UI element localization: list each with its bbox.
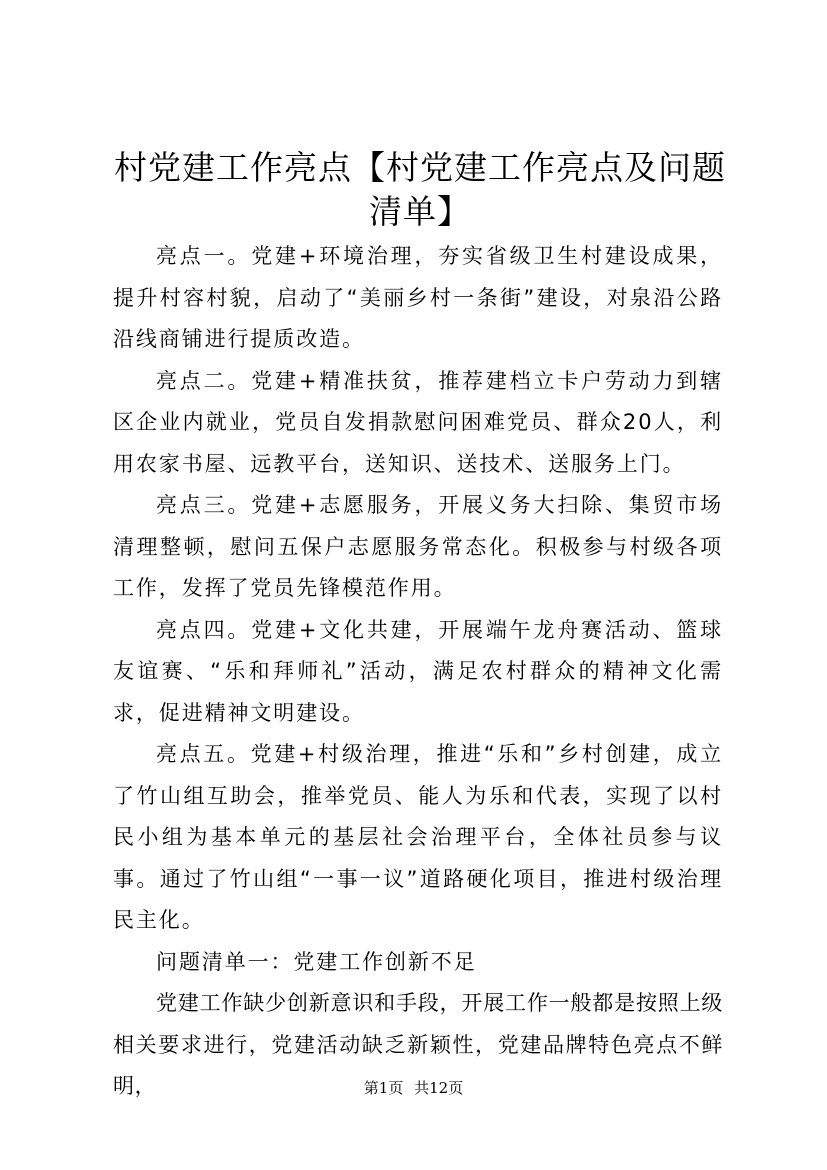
page-footer: 第1页 共12页 <box>0 1078 827 1098</box>
paragraph-highlight-5: 亮点五。党建+村级治理，推进“乐和”乡村创建，成立了竹山组互助会，推举党员、能人… <box>113 734 723 942</box>
document-title: 村党建工作亮点【村党建工作亮点及问题清单】 <box>100 146 740 234</box>
page-number-current: 第1页 <box>364 1079 404 1097</box>
paragraph-highlight-3: 亮点三。党建+志愿服务，开展义务大扫除、集贸市场清理整顿，慰问五保户志愿服务常态… <box>113 485 723 610</box>
document-body: 亮点一。党建+环境治理，夯实省级卫生村建设成果，提升村容村貌，启动了“美丽乡村一… <box>113 236 723 1108</box>
document-page: 村党建工作亮点【村党建工作亮点及问题清单】 亮点一。党建+环境治理，夯实省级卫生… <box>0 0 827 1170</box>
paragraph-highlight-1: 亮点一。党建+环境治理，夯实省级卫生村建设成果，提升村容村貌，启动了“美丽乡村一… <box>113 236 723 361</box>
paragraph-highlight-2: 亮点二。党建+精准扶贫，推荐建档立卡户劳动力到辖区企业内就业，党员自发捐款慰问困… <box>113 361 723 486</box>
page-number-total: 共12页 <box>414 1079 463 1097</box>
paragraph-highlight-4: 亮点四。党建+文化共建，开展端午龙舟赛活动、篮球友谊赛、“乐和拜师礼”活动，满足… <box>113 610 723 735</box>
problem-heading-1: 问题清单一：党建工作创新不足 <box>113 942 723 984</box>
